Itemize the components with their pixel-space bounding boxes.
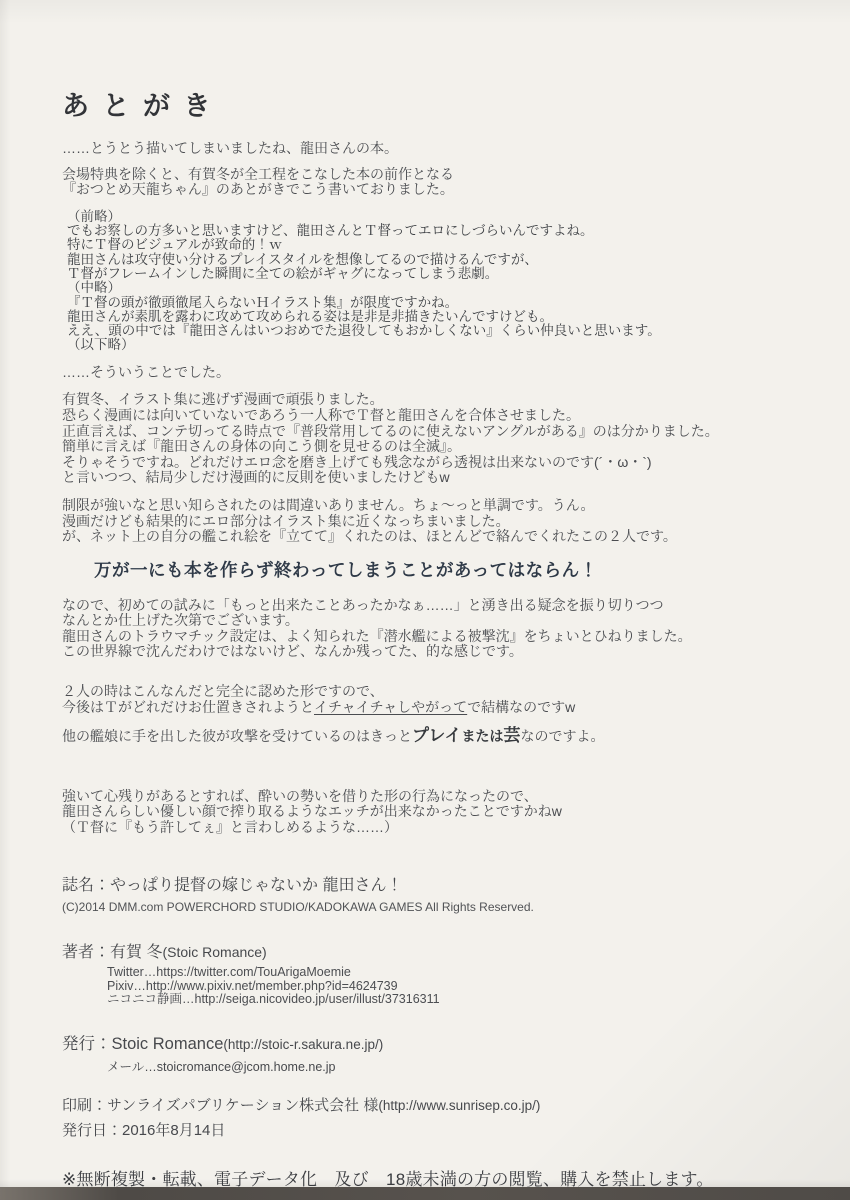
after-quote-line: ……そういうことでした。 xyxy=(62,365,802,381)
publisher-line: 発行：Stoic Romance(http://stoic-r.sakura.n… xyxy=(62,1030,802,1054)
futari-line2-post: で結構なのですw xyxy=(467,699,575,715)
publication-date-line: 発行日：2016年8月14日 xyxy=(62,1119,802,1140)
limitations-paragraph: 制限が強いなと思い知らされたのは間違いありません。ちょ～っと単調です。うん。 漫… xyxy=(62,498,802,545)
futari-paragraph: ２人の時はこんなんだと完全に認めた形ですので、今後はＴがどれだけお仕置きされよう… xyxy=(62,684,802,715)
gei-bold-word: 芸 xyxy=(503,726,520,745)
play-post: なのですよ。 xyxy=(520,728,604,744)
futari-line1: ２人の時はこんなんだと完全に認めた形ですので、 xyxy=(62,683,384,699)
publisher-url: (http://stoic-r.sakura.ne.jp/) xyxy=(223,1037,383,1052)
author-circle-name: (Stoic Romance) xyxy=(162,944,266,960)
play-mid-word: または xyxy=(461,728,503,744)
emphasis-headline: 万が一にも本を作らず終わってしまうことがあってはならん！ xyxy=(94,557,802,582)
previous-afterword-quote: （前略） でもお察しの方多いと思いますけど、龍田さんとＴ督ってエロにしづらいんで… xyxy=(67,210,802,353)
play-pre: 他の艦娘に手を出した彼が攻撃を受けているのはきっと xyxy=(62,728,412,744)
intro-paragraph-2: 会場特典を除くと、有賀冬が全工程をこなした本の前作となる 『おつとめ天龍ちゃん』… xyxy=(62,167,802,198)
scan-bottom-edge xyxy=(0,1187,850,1200)
author-links: Twitter…https://twitter.com/TouArigaMoem… xyxy=(107,966,802,1007)
contact-email-line: メール…stoicromance@jcom.home.ne.jp xyxy=(107,1057,802,1075)
afterword-content: あ と が き ……とうとう描いてしまいましたね、龍田さんの本。 会場特典を除く… xyxy=(62,84,802,836)
afterword-page: あ と が き ……とうとう描いてしまいましたね、龍田さんの本。 会場特典を除く… xyxy=(0,0,850,1200)
colophon-section: 誌名：やっぱり提督の嫁じゃないか 龍田さん！ (C)2014 DMM.com P… xyxy=(62,872,802,1190)
publisher-name: 発行：Stoic Romance xyxy=(62,1035,223,1053)
regret-paragraph: 強いて心残りがあるとすれば、酔いの勢いを借りた形の行為になったので、 龍田さんら… xyxy=(62,789,802,836)
printer-name: 印刷：サンライズパブリケーション株式会社 様 xyxy=(62,1097,378,1114)
manga-effort-paragraph: 有賀冬、イラスト集に逃げず漫画で頑張りました。 恐らく漫画には向いていないであろ… xyxy=(62,392,802,486)
play-or-gei-paragraph: 他の艦娘に手を出した彼が攻撃を受けているのはきっとプレイまたは芸なのですよ。 xyxy=(62,728,802,745)
futari-line2-pre: 今後はＴがどれだけお仕置きされようと xyxy=(62,699,314,715)
intro-paragraph-1: ……とうとう描いてしまいましたね、龍田さんの本。 xyxy=(62,141,802,157)
page-title: あ と が き xyxy=(62,84,802,123)
book-title-line: 誌名：やっぱり提督の嫁じゃないか 龍田さん！ xyxy=(62,872,802,895)
futari-underlined-phrase: イチャイチャしやがって xyxy=(314,699,467,715)
printer-line: 印刷：サンライズパブリケーション株式会社 様(http://www.sunris… xyxy=(62,1094,802,1115)
copyright-line: (C)2014 DMM.com POWERCHORD STUDIO/KADOKA… xyxy=(62,900,802,914)
author-name: 著者：有賀 冬 xyxy=(62,944,162,961)
author-line: 著者：有賀 冬(Stoic Romance) xyxy=(62,939,802,962)
scan-edge-shadow xyxy=(0,1179,850,1187)
printer-url: (http://www.sunrisep.co.jp/) xyxy=(378,1098,540,1113)
trauma-setting-paragraph: なので、初めての試みに「もっと出来たことあったかなぁ……」と湧き出る疑念を振り切… xyxy=(62,598,802,660)
play-bold-word: プレイ xyxy=(412,726,461,745)
